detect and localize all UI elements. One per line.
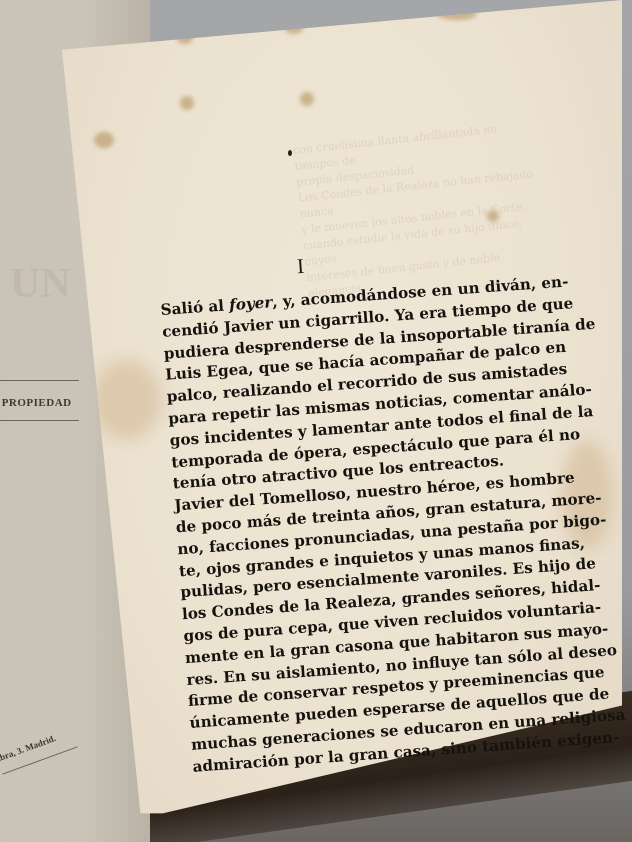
body-text: Salió al foyer, y, acomodándose en un di… xyxy=(160,275,553,778)
foxing-spot xyxy=(180,96,194,110)
foxing-stain xyxy=(92,360,162,440)
rights-notice: ES PROPIEDAD xyxy=(0,397,72,409)
printer-address: Alhambra, 3. Madrid. xyxy=(0,733,57,771)
bleed-through-text: con cruelísima llanta abrillantada en ti… xyxy=(292,118,547,302)
bleed-through-text: UN xyxy=(10,260,71,308)
rule-bottom xyxy=(0,420,79,421)
rule-top xyxy=(0,380,79,381)
foxing-spot xyxy=(300,92,314,106)
foxing-spot xyxy=(94,132,114,148)
ink-mark xyxy=(288,150,292,156)
